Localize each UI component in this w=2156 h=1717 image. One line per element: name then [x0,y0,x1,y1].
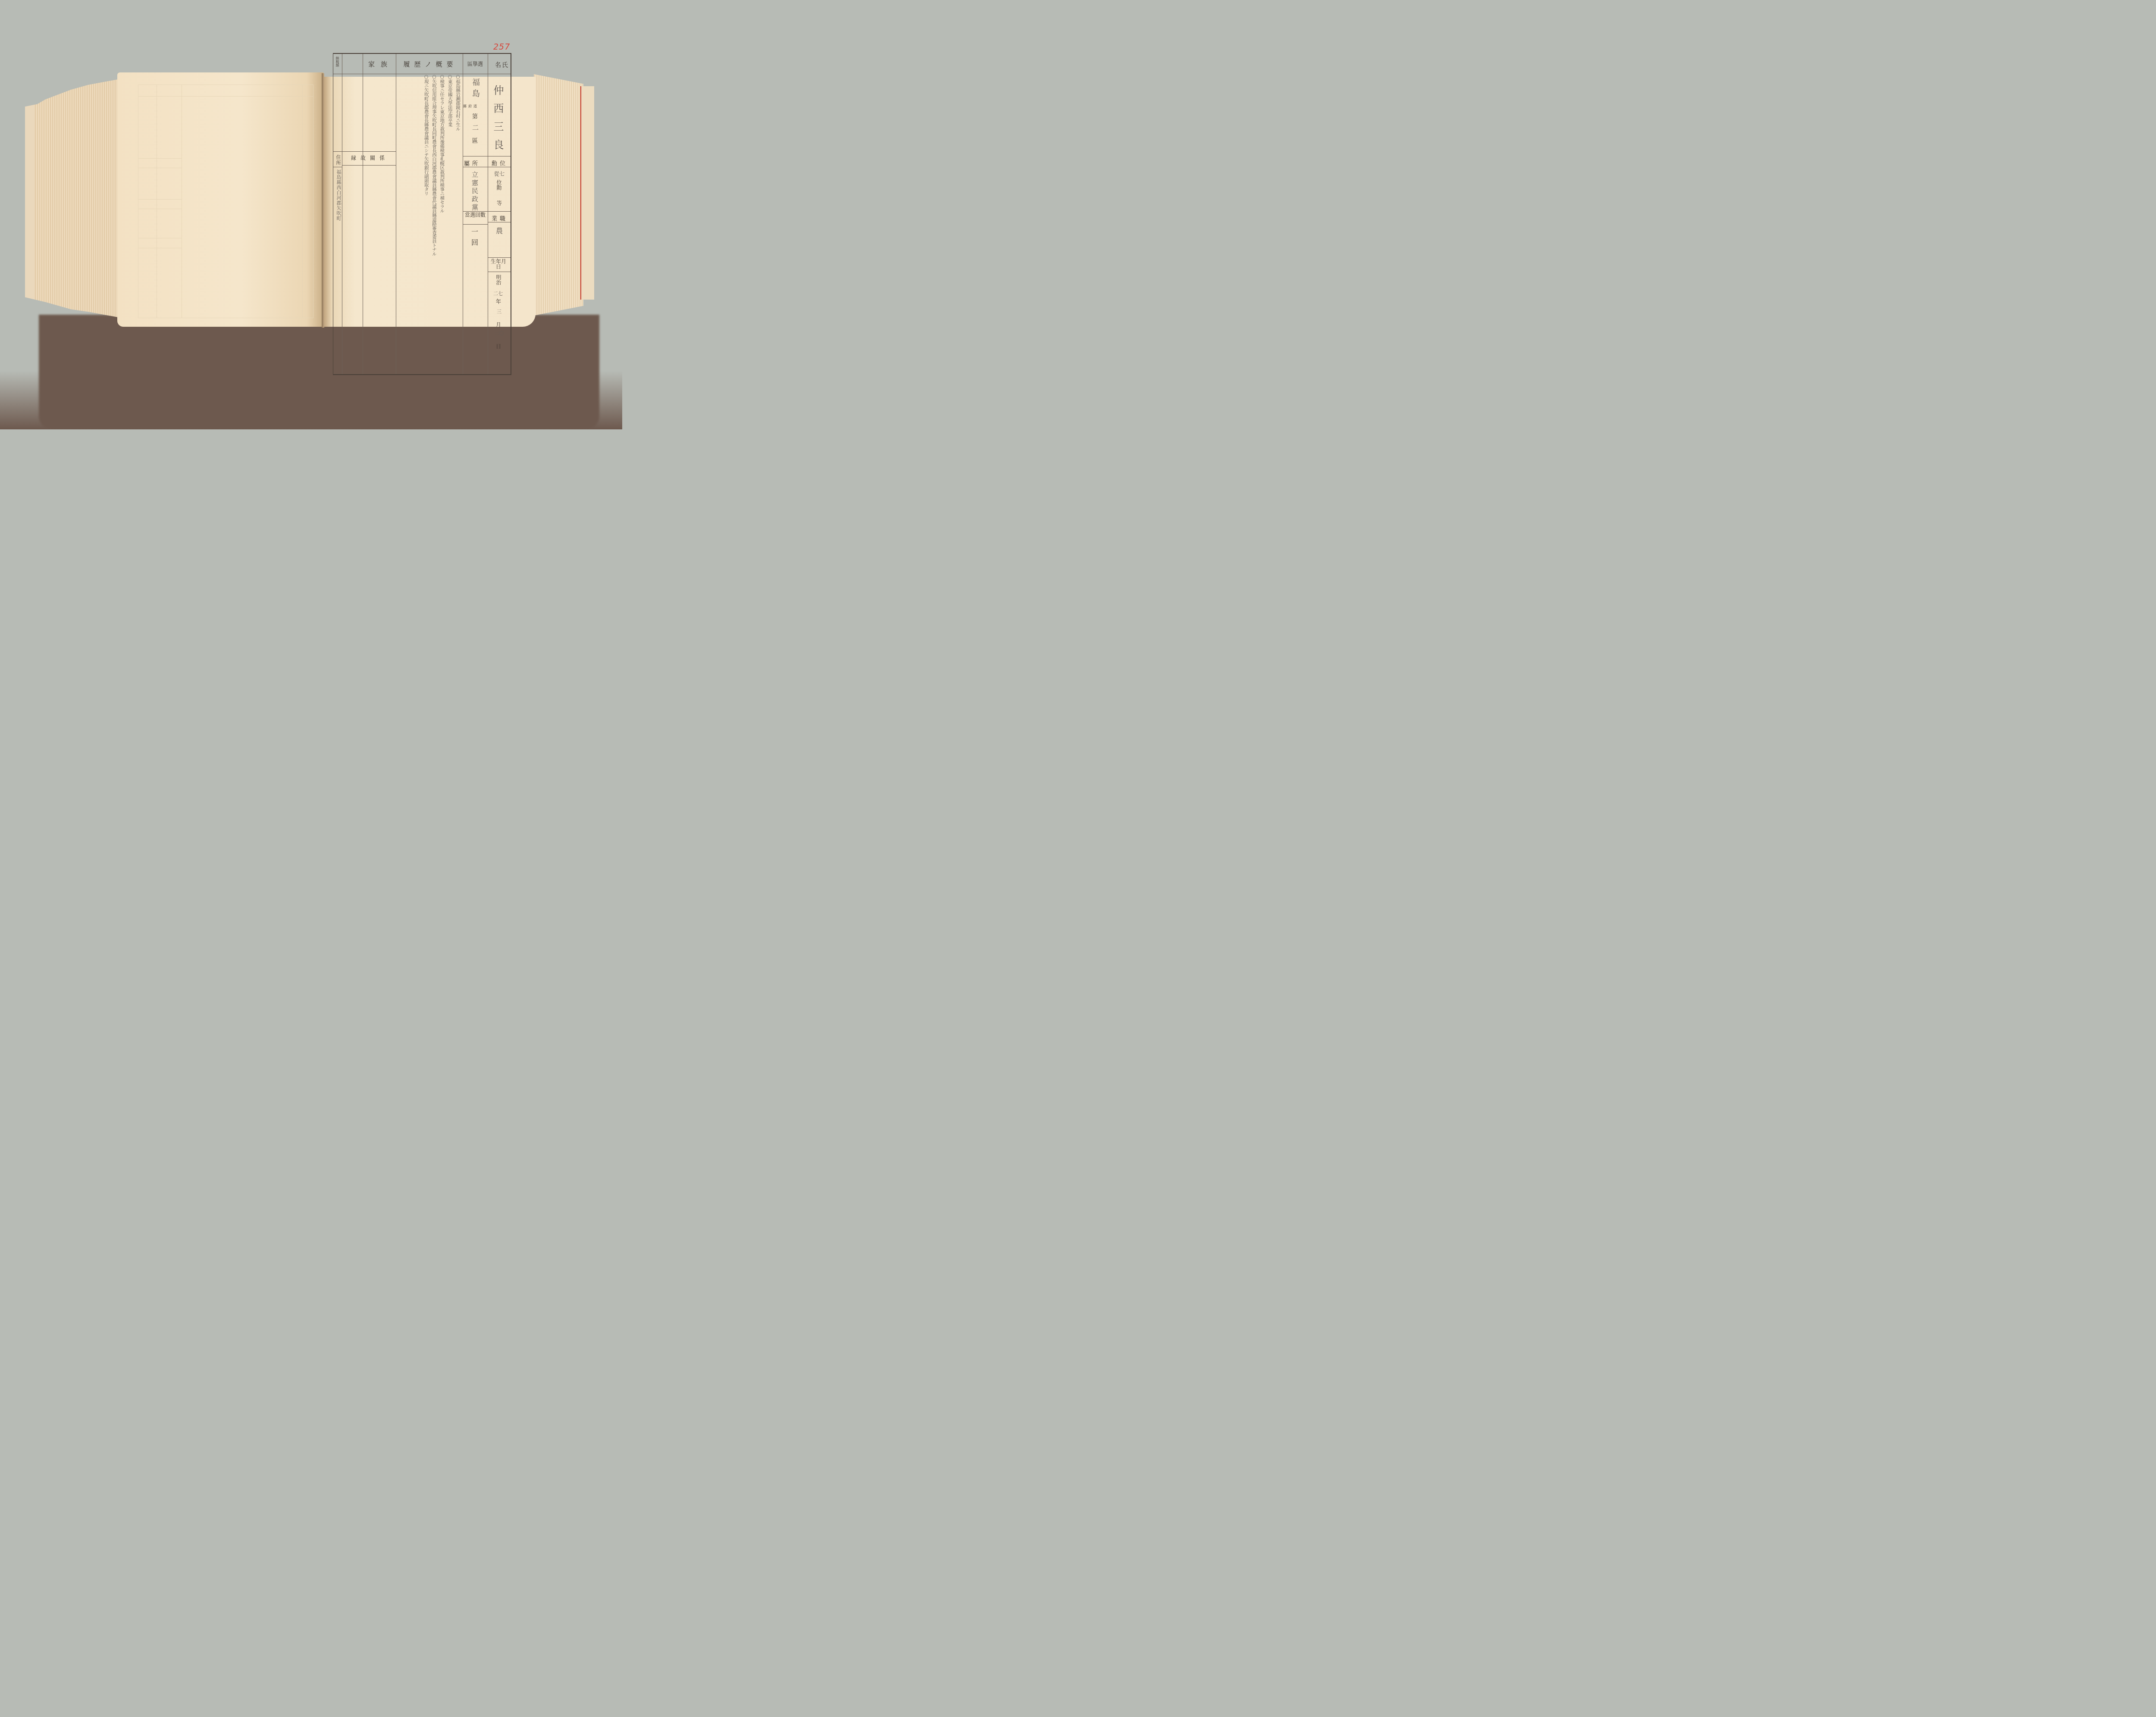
times-elected-suffix: 回 [471,237,479,247]
header-address: 住所 [335,155,342,166]
column-divider [396,54,396,374]
left-page-edges [25,78,127,319]
row-divider [463,211,488,212]
header-affiliation: 屬所 [464,159,480,167]
row-divider [488,167,511,167]
ghost-row-line [138,199,182,200]
member-record-form: 名氏 區擧選 履歴ノ概要 家族 納稅額 仲西三良 勳位 從七 位勳 等 業職 農… [333,53,511,375]
row-divider [463,224,488,225]
occupation-value: 農 [496,225,503,235]
row-divider [488,211,511,212]
district-suffix-label: 縣府道 [463,104,479,109]
column-divider [488,54,488,374]
ghost-column-line [157,85,157,318]
ghost-row-line [138,168,182,168]
district-prefecture: 福島 [470,78,481,104]
ghost-column-line [302,85,303,318]
page-number: 257 [493,42,510,52]
address-value: 福島縣西白河郡矢吹町 [335,169,342,221]
header-career: 履歴ノ概要 [402,59,458,69]
header-birth: 生年月日 [489,259,508,269]
district-number: 二 [472,123,479,132]
ghost-row-line [138,248,182,248]
district-prefix: 第 [472,112,479,120]
header-family: 家族 [368,59,394,69]
career-line: ○福島縣岩瀬郡鏡石村ニ生ル [455,74,461,131]
show-through-table [138,84,313,318]
row-divider [488,272,511,272]
header-name: 名氏 [495,60,509,69]
header-rank: 勳位 [492,159,508,167]
rank-value: 從七 [494,170,505,178]
birth-year: 二七 [493,290,503,297]
header-district: 區擧選 [463,60,488,68]
column-divider [463,54,463,374]
row-divider [333,151,396,152]
row-divider [463,156,488,156]
back-cover-edge [580,86,594,300]
birth-year-label: 年 [496,298,502,305]
header-row-divider [333,74,511,74]
table-shadow [0,371,622,429]
book-gutter [322,73,324,328]
rank-grade: 等 [497,200,503,207]
career-line: ○東京帝國大學法学部卒業 [447,74,453,127]
column-divider [363,54,363,374]
ghost-row-line [138,209,182,209]
career-line: ○現ニ矢吹町長郡農會長縣農會議員ニシテ矢吹銀行副頭取タリ [423,74,429,196]
birth-era: 明治 [495,275,502,285]
row-divider [463,167,488,167]
ghost-column-line [182,85,182,318]
times-elected-value: 一 [471,226,479,236]
ghost-row-line [138,238,182,238]
header-relations: 縁故關係 [346,154,394,162]
district-suffix: 區 [472,136,479,144]
career-line: ○矢吹信用組合理事矢吹町長同町農會長西白河郡農會議員縣農會代議員縣道路審査委員ト… [431,74,437,256]
header-times-elected: 當選回數 [464,213,486,218]
career-line: ○検事ニ任セラレ東京地方裁判所豫備検事札幌区裁判所検事ニ補セラル [439,74,445,213]
birth-month: 三 [497,308,501,315]
birth-day: 二〇 [495,330,504,336]
column-divider [342,54,342,374]
birth-month-label: 月 [496,321,502,328]
ghost-row-line [138,158,182,159]
prefecture-name: 福島 [470,78,481,100]
row-divider [488,156,511,156]
row-divider [488,222,511,222]
header-tax: 納稅額 [335,56,340,67]
member-name: 仲西三良 [490,85,505,157]
affiliation-value: 立憲民政黨 [470,171,479,212]
birth-day-label: 日 [496,343,502,350]
rank-labels: 位勳 [495,180,503,190]
ghost-row-line [138,96,313,97]
row-divider [333,167,342,167]
row-divider [488,257,511,258]
row-divider [342,165,396,166]
header-occupation: 業職 [492,214,508,222]
row-divider [333,74,342,74]
career-summary: ○現ニ矢吹町長郡農會長縣農會議員ニシテ矢吹銀行副頭取タリ ○矢吹信用組合理事矢吹… [423,74,461,256]
